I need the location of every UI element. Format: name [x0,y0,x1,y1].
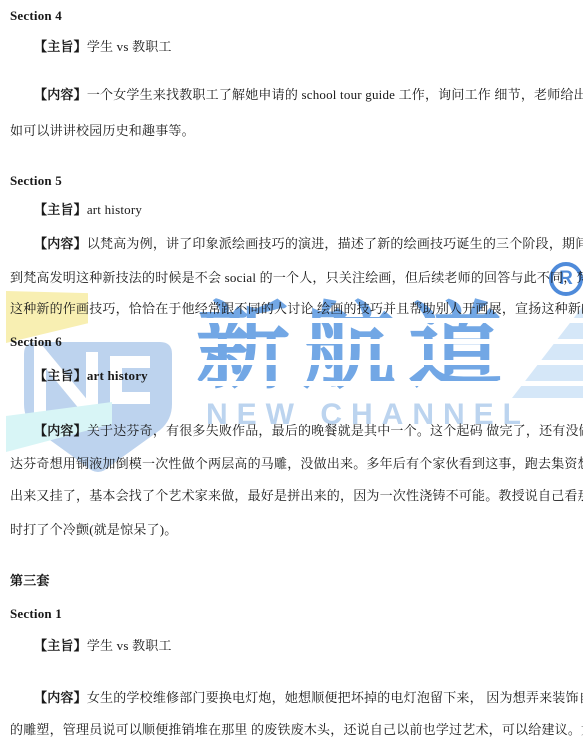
topic-label: 【主旨】 [34,368,87,383]
topic-line: 【主旨】学生 vs 教职工 [34,637,172,654]
content-text: 以梵高为例，讲了印象派绘画技巧的演进，描述了新的绘画技巧诞生的三个阶段，期间女学… [87,236,583,251]
topic-text: art history [87,202,142,217]
topic-line: 【主旨】art history [34,201,142,218]
topic-text: 学生 vs 教职工 [87,39,172,54]
topic-text: art history [87,368,148,383]
topic-text: 学生 vs 教职工 [87,638,172,653]
content-line: 【内容】以梵高为例，讲了印象派绘画技巧的演进，描述了新的绘画技巧诞生的三个阶段，… [34,235,583,252]
content-line: 达芬奇想用铜液加倒模一次性做个两层高的马雕，没做出来。多年后有个家伙看到这事，跑… [10,455,583,472]
set-divider-heading: 第三套 [10,572,50,589]
topic-label: 【主旨】 [34,39,87,54]
content-label: 【内容】 [34,423,87,438]
content-line: 时打了个冷颤(就是惊呆了)。 [10,521,177,538]
section-heading: Section 4 [10,7,62,24]
content-line: 到梵高发明这种新技法的时候是不会 social 的一个人，只关注绘画，但后续老师… [10,269,583,286]
content-label: 【内容】 [34,236,87,251]
section-heading: Section 6 [10,333,62,350]
content-line: 这种新的作画技巧，恰恰在于他经常跟不同的人讨论 绘画的技巧并且帮助别人开画展，宣… [10,300,583,317]
content-line: 【内容】关于达芬奇，有很多失败作品，最后的晚餐就是其中一个。这个起码 做完了，还… [34,422,583,439]
topic-line: 【主旨】学生 vs 教职工 [34,38,172,55]
topic-line: 【主旨】art history [34,367,148,384]
section-heading: Section 5 [10,172,62,189]
content-label: 【内容】 [34,87,87,102]
document-page: 新航道 NEW CHANNEL R Section 4 【主旨】学生 vs 教职… [0,0,583,740]
content-line: 出来又挂了，基本会找了个艺术家来做，最好是拼出来的，因为一次性浇铸不可能。教授说… [10,487,583,504]
content-text: 一个女学生来找教职工了解她申请的 school tour guide 工作，询问… [87,87,583,102]
topic-label: 【主旨】 [34,638,87,653]
content-line: 的雕塑，管理员说可以顺便推销堆在那里 的废铁废木头，还说自己以前也学过艺术，可以… [10,721,583,738]
topic-label: 【主旨】 [34,202,87,217]
content-line: 【内容】一个女学生来找教职工了解她申请的 school tour guide 工… [34,86,583,103]
content-line: 如可以讲讲校园历史和趣事等。 [10,122,195,139]
content-text: 女生的学校维修部门要换电灯炮，她想顺便把坏掉的电灯泡留下来， 因为想弄来装饰自己… [87,690,583,705]
content-line: 【内容】女生的学校维修部门要换电灯炮，她想顺便把坏掉的电灯泡留下来， 因为想弄来… [34,689,583,706]
content-text: 关于达芬奇，有很多失败作品，最后的晚餐就是其中一个。这个起码 做完了，还有没做出… [87,423,583,438]
section-heading: Section 1 [10,605,62,622]
content-label: 【内容】 [34,690,87,705]
